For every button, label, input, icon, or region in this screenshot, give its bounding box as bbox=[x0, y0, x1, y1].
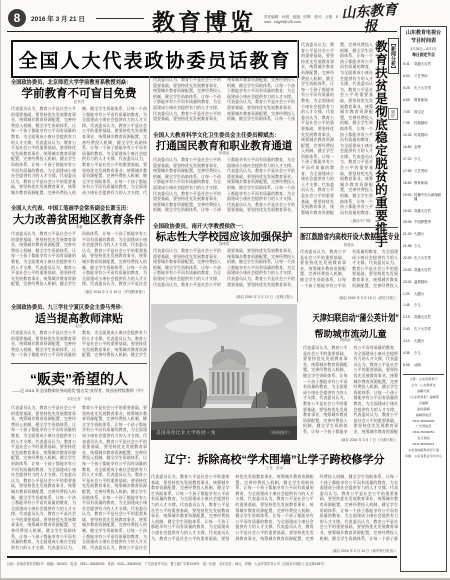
tv-schedule-row: 1:20 大擂台 bbox=[403, 292, 444, 296]
feature-body: 代表委员认为，教育公平是社会公平的重要基础，要坚持优先发展教育事业，统筹城乡教育… bbox=[11, 405, 147, 551]
tv-schedule-row: 7:05 探宝记 bbox=[403, 110, 444, 114]
vocational-byline: 张晓晶 bbox=[153, 151, 295, 156]
tv-schedule-row: 5:31 奇趣大自然 bbox=[403, 62, 444, 66]
tv-guide-sidebar: 山东教育电视台 节目时间表 3月28日—4月1日 每日固定节目 5:31 奇趣大… bbox=[400, 26, 447, 572]
tv-schedule-row: 7:35 经典剧场 bbox=[403, 121, 444, 125]
tv-program: 少儿 bbox=[414, 351, 421, 355]
tv-time: 5:31 bbox=[403, 62, 412, 66]
poor-area-source: （摘自 2016 年 3 月 15 日《中国教育报》） bbox=[11, 289, 147, 294]
photo-caption: 美国哥伦比亚大学校园一角 bbox=[156, 430, 216, 436]
tv-guide-title: 节目时间表 bbox=[403, 37, 444, 44]
liaoning-headline: 辽宁：拆除高校“学术围墙”让学子跨校修学分 bbox=[151, 451, 398, 467]
tv-guide-dates: 3月28日—4月1日 bbox=[403, 46, 444, 51]
tv-schedule-row: 23:40 温情剧场 bbox=[403, 280, 444, 284]
tv-program: 奇趣大自然 bbox=[414, 268, 431, 272]
liaoning-source: （摘自 2016 年 2 月 14 日《新华每日电讯》） bbox=[151, 548, 398, 553]
tv-program: 少儿 bbox=[414, 157, 421, 161]
tv-schedule-row: 5:05 动画 bbox=[403, 363, 444, 367]
tv-schedule-row: 20:05 中国梦想秀 bbox=[403, 220, 444, 224]
tv-time: 21:30 bbox=[403, 232, 412, 236]
preschool-body: 代表委员认为，教育公平是社会公平的重要基础，要坚持优先发展教育事业，统筹城乡教育… bbox=[11, 106, 147, 198]
tv-time: 17:22 bbox=[403, 157, 412, 161]
tv-program: 少儿 bbox=[414, 244, 421, 248]
photo-credit: （资料图片） bbox=[268, 430, 292, 436]
tv-program: 大擂台 bbox=[414, 292, 424, 296]
tv-schedule-row: 6:55 教育新闻 bbox=[403, 98, 444, 102]
tv-time: 4:10 bbox=[403, 339, 412, 343]
tv-program: 教育新闻 bbox=[414, 181, 428, 185]
tv-schedule-row: 18:50 教育新闻 bbox=[403, 181, 444, 185]
tv-time: 18:50 bbox=[403, 181, 412, 185]
tv-program: 探宝记 bbox=[414, 110, 424, 114]
masthead-line: 印刷：山东省报业印务中心 bbox=[403, 454, 444, 460]
tv-time: 12:32 bbox=[403, 133, 412, 137]
campus-body: 代表委员认为，教育公平是社会公平的重要基础，要坚持优先发展教育事业，统筹城乡教育… bbox=[153, 248, 295, 292]
footer-rule bbox=[7, 556, 397, 558]
column-rule-right bbox=[297, 40, 298, 302]
tv-program: 动画 bbox=[414, 363, 421, 367]
poor-area-byline: 李澈 bbox=[11, 225, 147, 230]
tv-time: 1:45 bbox=[403, 303, 412, 307]
campus-photo-illustration bbox=[151, 304, 297, 440]
banner-headline: 全国人大代表政协委员话教育 bbox=[18, 46, 291, 73]
tv-schedule-row: 1:45 少儿 bbox=[403, 303, 444, 307]
zhejiang-headline-wrap: 浙江鼓励省内高校开设大数据相关专业 bbox=[300, 231, 398, 242]
issue-date: 2016 年 3 月 21 日 bbox=[31, 14, 85, 23]
header-left-rule bbox=[96, 18, 144, 19]
campus-photo: 美国哥伦比亚大学校园一角 （资料图片） bbox=[151, 304, 297, 440]
tv-station-name: 山东教育电视台 bbox=[403, 30, 444, 36]
tv-program: 传奇剧场 bbox=[414, 133, 428, 137]
liaoning-byline: 王莹 彭卓 bbox=[151, 466, 398, 471]
tv-guide-daily-label: 每日固定节目 bbox=[403, 53, 444, 58]
tv-program: 孔子大学堂 bbox=[414, 327, 431, 331]
tv-time: 2:15 bbox=[403, 315, 412, 319]
tv-time: 20:05 bbox=[403, 220, 412, 224]
tv-program: 才艺秀场 bbox=[414, 169, 428, 173]
banner-box: 全国人大代表政协委员话教育 bbox=[11, 40, 299, 78]
vocational-body: 代表委员认为，教育公平是社会公平的重要基础，要坚持优先发展教育事业，统筹城乡教育… bbox=[153, 157, 295, 218]
poverty-byline: 梁好 bbox=[388, 108, 398, 120]
tv-time: 7:35 bbox=[403, 121, 412, 125]
tv-program: 教育新闻 bbox=[414, 98, 428, 102]
tv-time: 2:40 bbox=[403, 327, 412, 331]
masthead-info: 主管：山东省教育厅 主办：山东教育社 编辑出版 《山东教育报》编辑部 总编辑 副… bbox=[403, 374, 444, 459]
tv-time: 21:58 bbox=[403, 244, 412, 248]
allowance-byline: 赵岩 bbox=[11, 324, 147, 329]
tv-program: 少儿 bbox=[414, 303, 421, 307]
tv-schedule-row: 2:40 孔子大学堂 bbox=[403, 327, 444, 331]
poverty-headline-strip: 【新闻分析】 教育扶贫是彻底稳定脱贫的重要推手 梁好 bbox=[373, 38, 399, 228]
tv-time: 4:35 bbox=[403, 351, 412, 355]
masthead-line: 全省各地邮局均可订阅 bbox=[403, 448, 444, 454]
tv-program: 中国梦想秀 bbox=[414, 220, 431, 224]
preschool-body-continued: 代表委员认为，教育公平是社会公平的重要基础，要坚持优先发展教育事业，统筹城乡教育… bbox=[153, 77, 295, 127]
tv-time: 6:25 bbox=[403, 86, 412, 90]
zhejiang-divider bbox=[300, 227, 398, 228]
poverty-tag: 【新闻分析】 bbox=[388, 38, 399, 74]
tv-time: 23:00 bbox=[403, 268, 412, 272]
tv-schedule-row: 12:32 传奇剧场 bbox=[403, 133, 444, 137]
tv-program: 大擂台 bbox=[414, 232, 424, 236]
campus-byline: 刘博智 bbox=[153, 242, 295, 247]
feature-headline: “贩卖”希望的人 bbox=[11, 369, 147, 389]
tv-schedule-row: 16:50 金榜 bbox=[403, 145, 444, 149]
poverty-body: 代表委员认为，教育公平是社会公平的重要基础，要坚持优先发展教育事业，统筹城乡教育… bbox=[301, 42, 373, 216]
column-rule-left bbox=[149, 76, 150, 554]
preschool-headline: 学前教育不可盲目免费 bbox=[11, 85, 147, 101]
tv-time: 5:05 bbox=[403, 363, 412, 367]
newspaper-page: 8 2016 年 3 月 21 日 教育博览 责任编辑：孙悦 组版：时晔 校对：… bbox=[0, 0, 450, 580]
zhejiang-byline: 陈胜伟 bbox=[300, 243, 398, 248]
tv-time: 6:55 bbox=[403, 98, 412, 102]
tv-time: 23:40 bbox=[403, 280, 412, 284]
tv-program: 大擂台 bbox=[414, 339, 424, 343]
tv-time: 16:50 bbox=[403, 145, 412, 149]
feature-byline: 本报记者 李婷 bbox=[11, 397, 147, 402]
editor-info: 责任编辑：孙悦 组版：时晔 校对：亓翔 E-mail：sdjybl@126.co… bbox=[264, 15, 346, 26]
tv-time: 7:05 bbox=[403, 110, 412, 114]
tv-program: 孔子大学堂 bbox=[414, 86, 431, 90]
tv-schedule-row: 19:30 奇趣大自然 bbox=[403, 209, 444, 213]
tv-schedule-row: 17:22 少儿 bbox=[403, 157, 444, 161]
tv-program: 才艺秀场 bbox=[414, 74, 428, 78]
tv-schedule-row: 23:00 奇趣大自然 bbox=[403, 268, 444, 272]
feature-subtitle: ——记 2015 年全国教师终身成就奖“提名奖”获得者、陕西省特级教师（中） bbox=[11, 388, 147, 394]
poverty-source: （摘自中广网） bbox=[301, 218, 373, 223]
tv-time: 6:00 bbox=[403, 74, 412, 78]
tv-time: 1:20 bbox=[403, 292, 412, 296]
page-number-badge: 8 bbox=[8, 9, 26, 27]
allowance-body: 代表委员认为，教育公平是社会公平的重要基础，要坚持优先发展教育事业，统筹城乡教育… bbox=[11, 330, 147, 359]
tv-schedule-row: 21:58 少儿 bbox=[403, 244, 444, 248]
tianjin-headline-line1: 天津妇联启动“蒲公英计划” bbox=[313, 311, 389, 324]
zhejiang-body: 代表委员认为，教育公平是社会公平的重要基础，要坚持优先发展教育事业，统筹城乡教育… bbox=[300, 249, 398, 293]
tv-time: 19:00 bbox=[403, 193, 412, 197]
tv-time: 22:30 bbox=[403, 256, 412, 260]
tianjin-body: 代表委员认为，教育公平是社会公平的重要基础，要坚持优先发展教育事业，统筹城乡教育… bbox=[303, 345, 398, 435]
masthead-brand: 山东教育报 bbox=[341, 4, 399, 37]
tv-program: 经典剧场 bbox=[414, 121, 428, 125]
tv-schedule-row: 2:15 奇趣大自然 bbox=[403, 315, 444, 319]
tv-program: 奇趣大自然 bbox=[414, 315, 431, 319]
feature-divider bbox=[11, 363, 147, 364]
tv-schedule: 5:31 奇趣大自然 6:00 才艺秀场 6:25 孔子大学堂 6:55 教育新… bbox=[403, 62, 444, 367]
tv-program: 孔子大学堂 bbox=[414, 256, 431, 260]
header-rule bbox=[7, 31, 397, 32]
tv-schedule-row: 4:10 大擂台 bbox=[403, 339, 444, 343]
tv-program: 金榜 bbox=[414, 145, 421, 149]
tianjin-source: （摘自 2016 年 3 月 7 日《天津日报》） bbox=[303, 437, 398, 442]
tv-program: 奇趣大自然 bbox=[414, 209, 431, 213]
tv-time: 17:59 bbox=[403, 169, 412, 173]
tv-program: 温情剧场 bbox=[414, 280, 428, 284]
tv-schedule-row: 17:59 才艺秀场 bbox=[403, 169, 444, 173]
liaoning-body: 代表委员认为，教育公平是社会公平的重要基础，要坚持优先发展教育事业，统筹城乡教育… bbox=[151, 474, 398, 546]
tv-schedule-row: 19:00 转播中央台新闻联播 bbox=[403, 193, 444, 202]
tv-schedule-row: 6:25 孔子大学堂 bbox=[403, 86, 444, 90]
tv-schedule-row: 22:30 孔子大学堂 bbox=[403, 256, 444, 260]
tianjin-headline-wrap: 天津妇联启动“蒲公英计划” 帮助城市流动儿童 bbox=[303, 311, 398, 340]
tv-time: 19:30 bbox=[403, 209, 412, 213]
zhejiang-headline: 浙江鼓励省内高校开设大数据相关专业 bbox=[300, 231, 376, 242]
tv-schedule-row: 4:35 少儿 bbox=[403, 351, 444, 355]
tv-schedule-row: 6:00 才艺秀场 bbox=[403, 74, 444, 78]
tv-program: 转播中央台新闻联播 bbox=[414, 193, 444, 202]
poor-area-body: 代表委员认为，教育公平是社会公平的重要基础，要坚持优先发展教育事业，统筹城乡教育… bbox=[11, 231, 147, 287]
campus-source: （摘自 2016 年 3 月 12 日《光明日报》） bbox=[153, 294, 295, 299]
zhejiang-source: （摘自 2016 年 3 月 18 日《浙江日报》） bbox=[300, 295, 398, 300]
tv-program: 奇趣大自然 bbox=[414, 62, 431, 66]
poverty-headline: 教育扶贫是彻底稳定脱贫的重要推手 bbox=[374, 40, 387, 226]
tv-schedule-row: 21:30 大擂台 bbox=[403, 232, 444, 236]
footer-imprint: 社址：济南市青年东路1号 邮编：250002 电话：0531—55630000 … bbox=[7, 561, 397, 566]
preschool-byline: 纪秀君 bbox=[11, 100, 147, 105]
tianjin-byline: 韩晓丽 刘琳 bbox=[303, 338, 398, 343]
